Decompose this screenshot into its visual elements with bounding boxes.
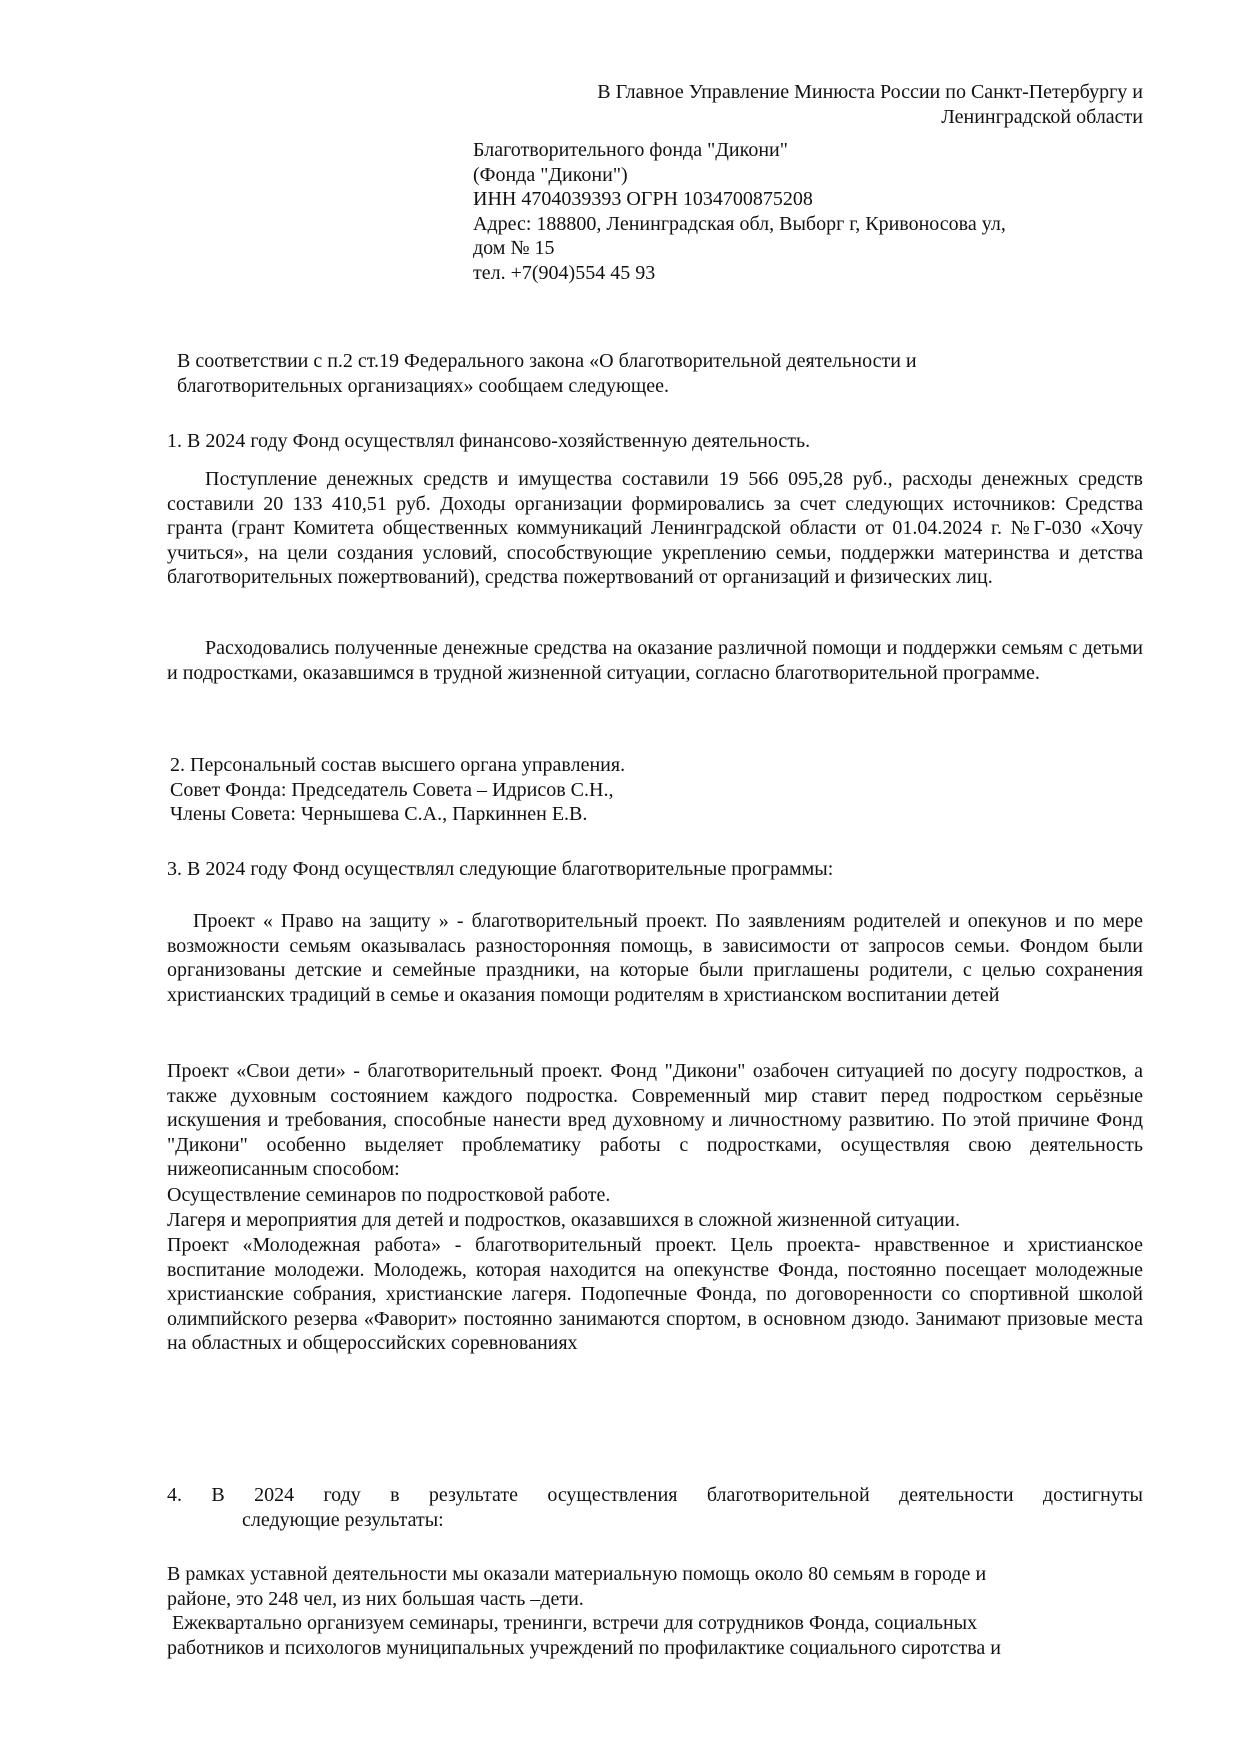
- project-svoi-deti-items: Осуществление семинаров по подростковой …: [167, 1183, 1143, 1232]
- project-pravo-na-zashchitu: Проект « Право на защиту » - благотворит…: [167, 909, 1143, 1007]
- project-molodezhnaya-rabota: Проект «Молодежная работа» - благотворит…: [167, 1233, 1143, 1356]
- section-2-block: 2. Персональный состав высшего органа уп…: [170, 753, 1070, 827]
- project-item-camps: Лагеря и мероприятия для детей и подрост…: [167, 1208, 1143, 1233]
- result-material-help-line-2: районе, это 248 чел, из них большая част…: [167, 1587, 1167, 1612]
- intro-paragraph: В соответствии с п.2 ст.19 Федерального …: [177, 349, 1157, 398]
- result-seminars-line-1: Ежеквартально организуем семинары, трени…: [167, 1611, 1167, 1636]
- sender-ids: ИНН 4704039393 ОГРН 1034700875208: [473, 187, 1153, 212]
- section-3-heading: 3. В 2024 году Фонд осуществлял следующи…: [167, 857, 1147, 882]
- sender-address-line-1: Адрес: 188800, Ленинградская обл, Выборг…: [473, 212, 1153, 237]
- result-seminars-line-2: работников и психологов муниципальных уч…: [167, 1636, 1167, 1661]
- intro-line-2: благотворительных организациях» сообщаем…: [177, 374, 1157, 399]
- project-svoi-deti: Проект «Свои дети» - благотворительный п…: [167, 1059, 1143, 1182]
- section-1-heading: 1. В 2024 году Фонд осуществлял финансов…: [167, 429, 1147, 454]
- section-1-expenses-paragraph: Расходовались полученные денежные средст…: [167, 636, 1143, 685]
- section-1-finance-paragraph: Поступление денежных средств и имущества…: [167, 467, 1143, 590]
- sender-block: Благотворительного фонда "Дикони" (Фонда…: [473, 138, 1153, 285]
- section-4-heading: 4. В 2024 году в результате осуществлени…: [167, 1483, 1143, 1532]
- document-page: В Главное Управление Минюста России по С…: [0, 0, 1240, 1755]
- addressee-block: В Главное Управление Минюста России по С…: [470, 80, 1143, 129]
- sender-name: Благотворительного фонда "Дикони": [473, 138, 1153, 163]
- council-chair: Совет Фонда: Председатель Совета – Идрис…: [170, 778, 1070, 803]
- section-4-results: В рамках уставной деятельности мы оказал…: [167, 1562, 1167, 1660]
- sender-short-name: (Фонда "Дикони"): [473, 163, 1153, 188]
- project-item-seminars: Осуществление семинаров по подростковой …: [167, 1183, 1143, 1208]
- council-members: Члены Совета: Чернышева С.А., Паркиннен …: [170, 802, 1070, 827]
- result-material-help-line-1: В рамках уставной деятельности мы оказал…: [167, 1562, 1167, 1587]
- section-4-heading-line-2: следующие результаты:: [167, 1508, 1143, 1533]
- sender-address-line-2: дом № 15: [473, 236, 1153, 261]
- addressee-line-2: Ленинградской области: [470, 105, 1143, 130]
- intro-line-1: В соответствии с п.2 ст.19 Федерального …: [177, 349, 1157, 374]
- section-4-heading-line-1: 4. В 2024 году в результате осуществлени…: [167, 1483, 1143, 1508]
- section-2-heading: 2. Персональный состав высшего органа уп…: [170, 753, 1070, 778]
- addressee-line-1: В Главное Управление Минюста России по С…: [470, 80, 1143, 105]
- sender-phone: тел. +7(904)554 45 93: [473, 261, 1153, 286]
